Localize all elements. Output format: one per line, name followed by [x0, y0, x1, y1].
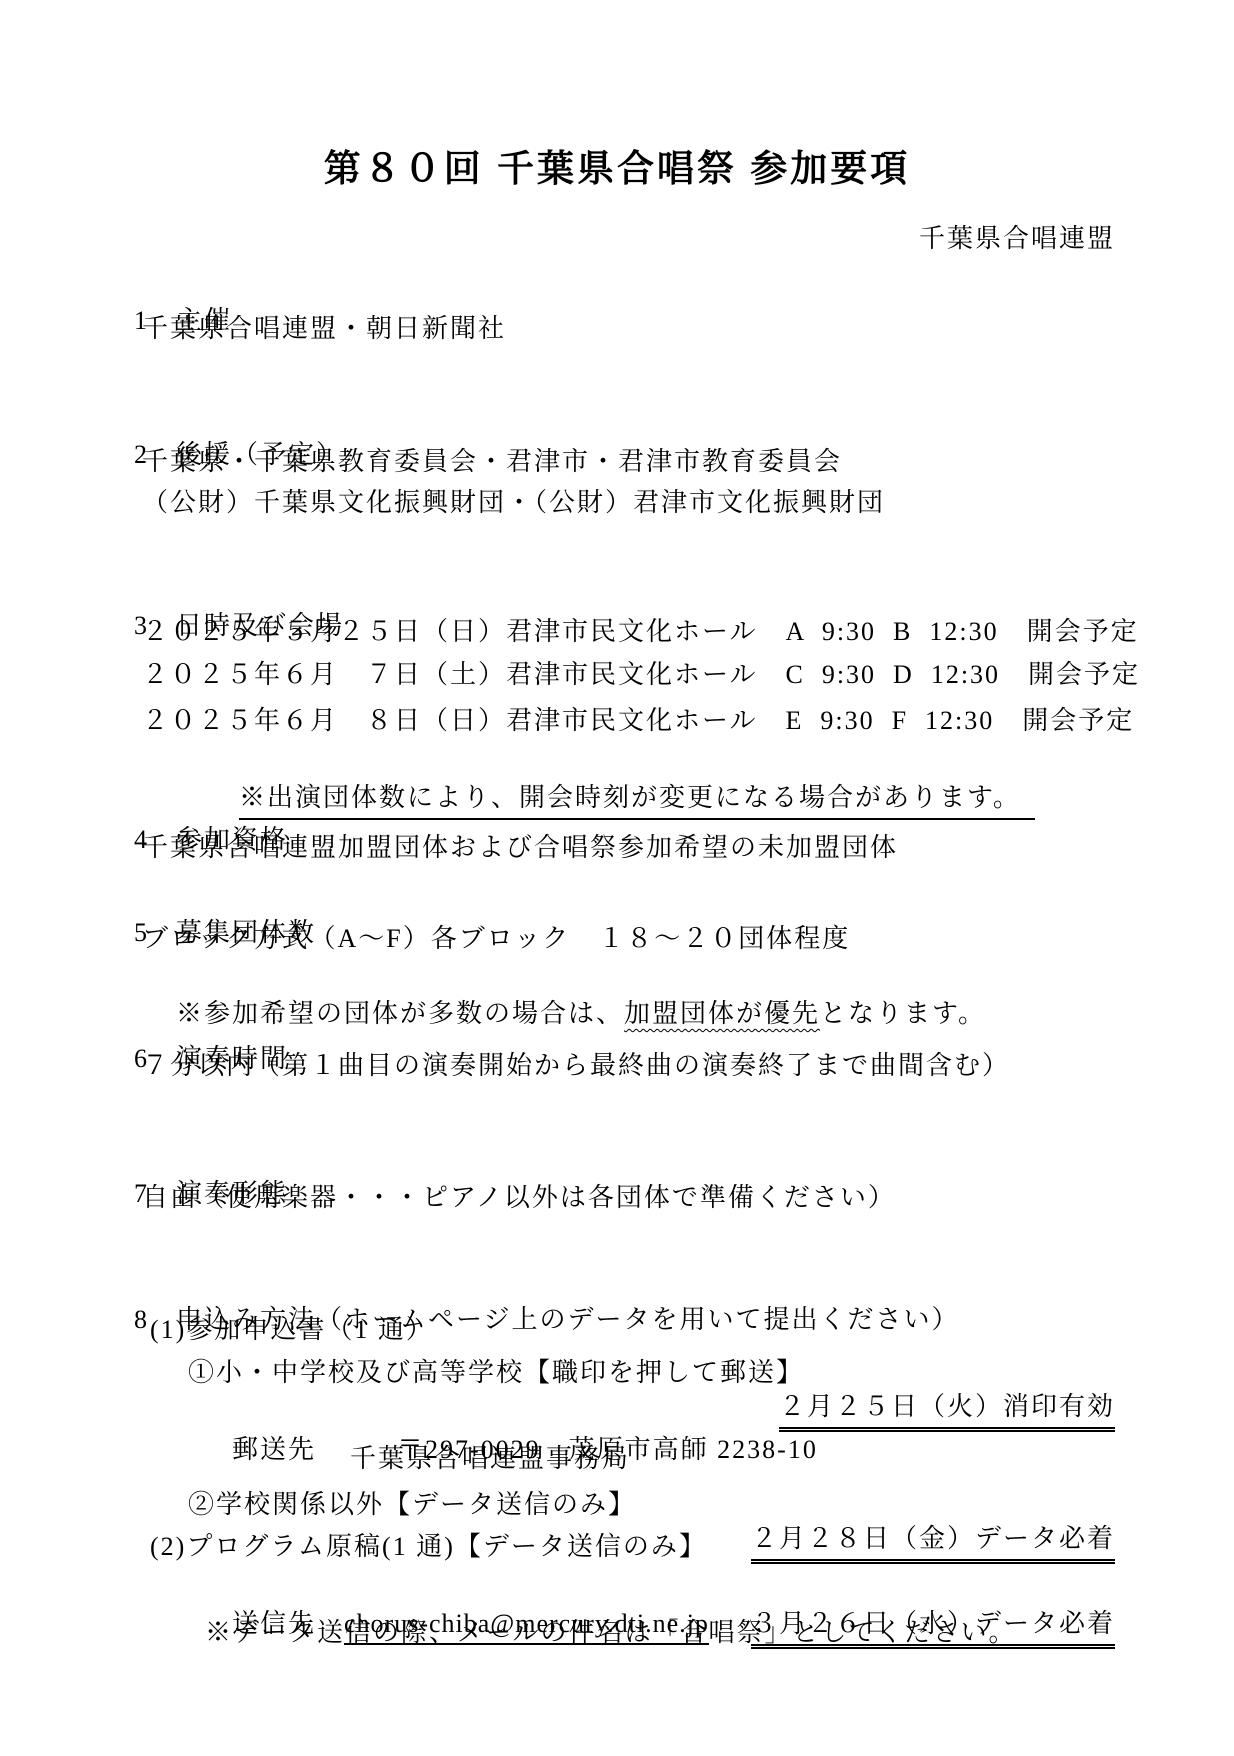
doc-title: 第８０回 千葉県合唱祭 参加要項 — [0, 146, 1234, 192]
section-6-body: ７分以内（第１曲目の演奏開始から最終曲の演奏終了まで曲間含む） — [142, 1049, 1010, 1083]
schedule-row-2: ２０２５年６月 ７日（土）君津市民文化ホール C 9:30 D 12:30 開会… — [142, 658, 1140, 692]
section-4-body: 千葉県合唱連盟加盟団体および合唱祭参加希望の未加盟団体 — [142, 831, 898, 865]
section-5-body: ブロック方式（A～F）各ブロック １８～２０団体程度 — [142, 922, 850, 956]
section-1-body: 千葉県合唱連盟・朝日新聞社 — [142, 312, 506, 346]
deadline-schools: ２月２５日（火）消印有効 — [779, 1390, 1115, 1432]
schedule-row-3: ２０２５年６月 ８日（日）君津市民文化ホール E 9:30 F 12:30 開会… — [142, 704, 1134, 738]
mail-office-name: 千葉県合唱連盟事務局 — [350, 1442, 630, 1476]
section-7-body: 自由（使用楽器・・・ピアノ以外は各団体で準備ください） — [142, 1181, 896, 1215]
schedule-row-1: ２０２５年５月２５日（日）君津市民文化ホール A 9:30 B 12:30 開会… — [142, 615, 1139, 649]
section-5-note-post: となります。 — [820, 999, 986, 1028]
non-school-submission-text: ②学校関係以外【データ送信のみ】 — [188, 1488, 636, 1522]
section-2-body-1: 千葉県・千葉県教育委員会・君津市・君津市教育委員会 — [142, 445, 842, 479]
section-5-note-emphasis: 加盟団体が優先 — [624, 999, 820, 1028]
program-manuscript-item: (2)プログラム原稿(1 通)【データ送信のみ】 — [150, 1530, 707, 1564]
document-page: 第８０回 千葉県合唱祭 参加要項 千葉県合唱連盟 1主催 千葉県合唱連盟・朝日新… — [0, 0, 1234, 1756]
org-name: 千葉県合唱連盟 — [919, 222, 1115, 256]
schools-submission-text: ①小・中学校及び高等学校【職印を押して郵送】 — [188, 1356, 804, 1390]
section-2-body-2: （公財）千葉県文化振興財団・（公財）君津市文化振興財団 — [142, 486, 885, 520]
schedule-note: ※出演団体数により、開会時刻が変更になる場合があります。 — [239, 781, 1035, 820]
deadline-non-school: ２月２８日（金）データ必着 — [751, 1522, 1115, 1564]
application-form-item: (1)参加申込書（1 通） — [150, 1313, 434, 1347]
data-submission-note: ※データ送信の際、メールの件名は「合唱祭」としてください。 — [205, 1616, 1016, 1650]
